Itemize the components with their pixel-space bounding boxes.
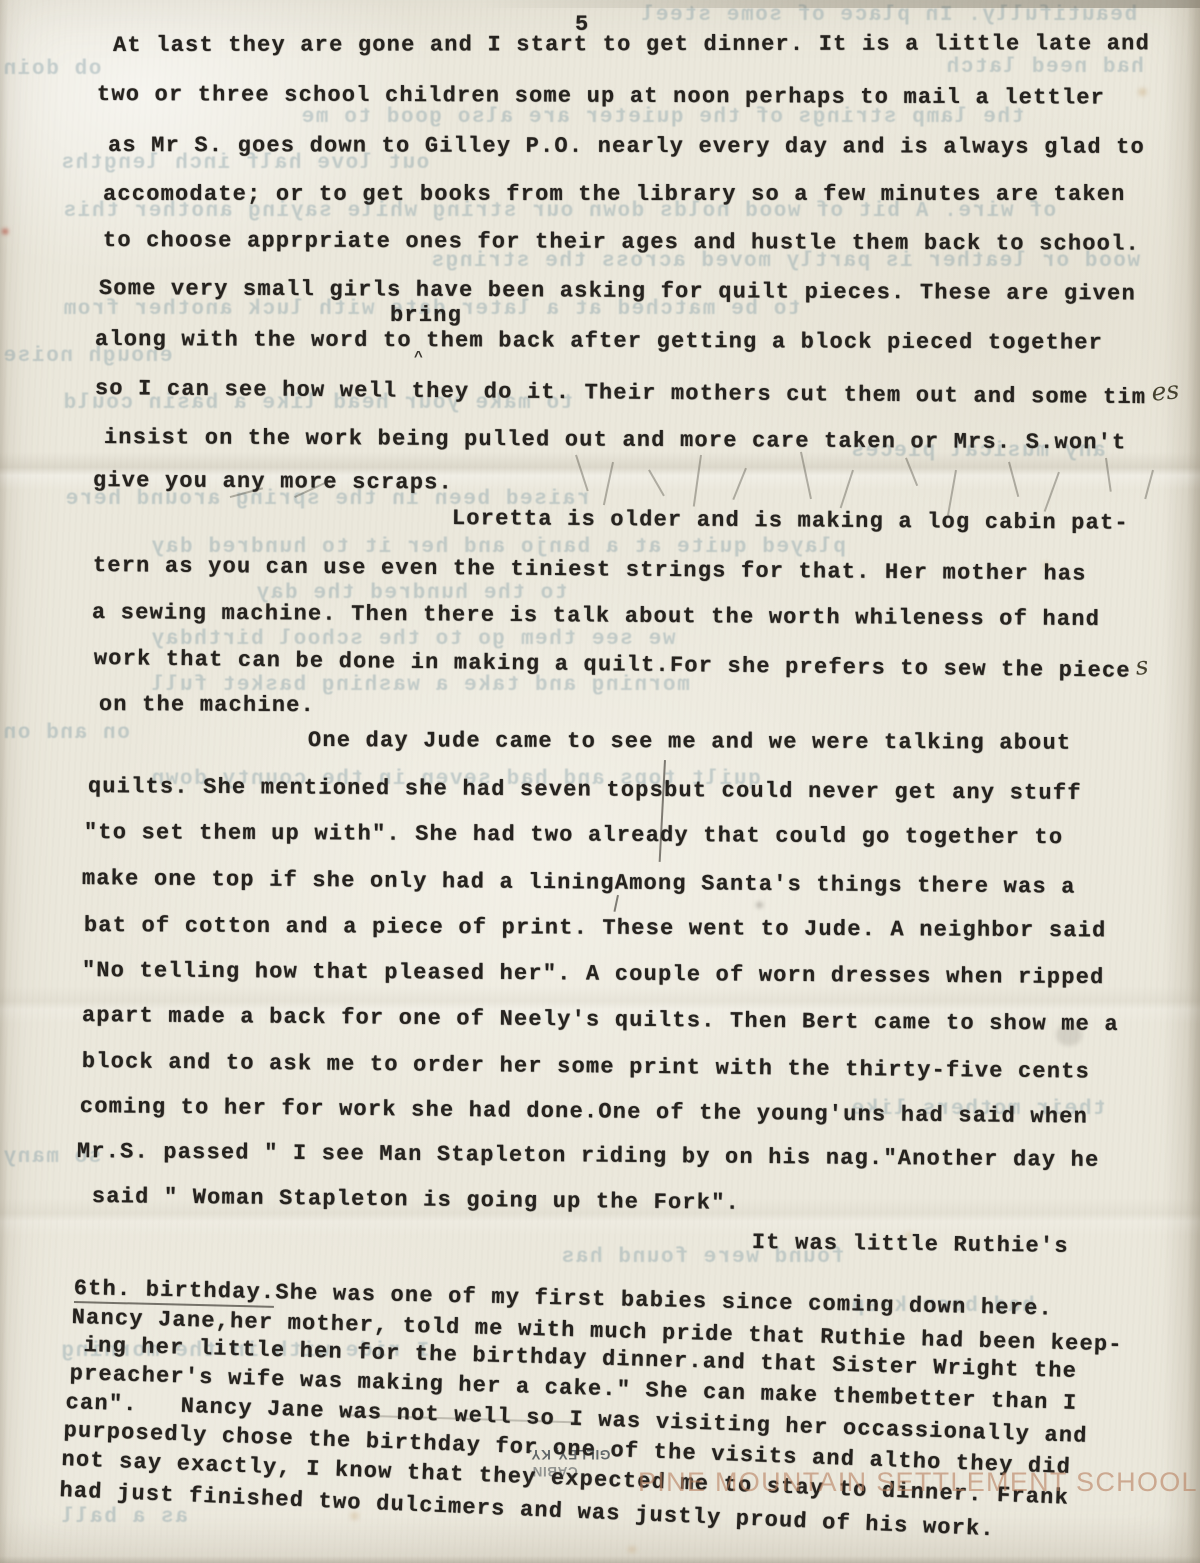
page-edge-bottom (0, 1556, 1200, 1563)
typed-line: "to set them up with". She had two alrea… (84, 820, 1063, 850)
typed-text-layer: 5At last they are gone and I start to ge… (0, 0, 1200, 1563)
typed-line: coming to her for work she had done.One … (80, 1094, 1088, 1130)
handwritten-correction: es (1150, 375, 1181, 407)
typed-line: tern as you can use even the tiniest str… (93, 553, 1087, 587)
page-edge-top (0, 0, 1200, 8)
caret-mark: ^ (414, 349, 424, 366)
typed-line: quilts. She mentioned she had seven tops… (88, 774, 1082, 806)
typed-line: to choose apprpriate ones for their ages… (103, 228, 1140, 257)
typed-line: said " Woman Stapleton is going up the F… (92, 1184, 740, 1216)
archive-watermark: PINE MOUNTAIN SETTLEMENT SCHOOL 2015 (638, 1467, 1200, 1498)
typed-line: apart made a back for one of Neely's qui… (82, 1003, 1119, 1037)
typed-line: bat of cotton and a piece of print. Thes… (84, 913, 1107, 943)
typed-line: as Mr S. goes down to Gilley P.O. nearly… (108, 133, 1145, 160)
typed-line: "No telling how that pleased her". A cou… (82, 958, 1105, 990)
handwritten-correction: s (1134, 651, 1150, 681)
typed-line: along with the word to them back after g… (95, 327, 1103, 356)
typed-line: on the machine. (99, 692, 315, 718)
typed-line: make one top if she only had a liningAmo… (82, 866, 1076, 900)
page-edge-left (0, 0, 8, 1563)
typed-line: a sewing machine. Then there is talk abo… (92, 600, 1100, 632)
typed-line: Mr.S. passed " I see Man Stapleton ridin… (77, 1139, 1100, 1173)
typed-line: two or three school children some up at … (97, 82, 1105, 111)
letter-page: beautifully. In place of some steelhad n… (0, 0, 1200, 1563)
typed-line: block and to ask me to order her some pr… (82, 1049, 1090, 1085)
typed-line: so I can see how well they do it. Their … (95, 376, 1147, 410)
typed-line: accomodate; or to get books from the lib… (103, 182, 1126, 207)
typed-line: One day Jude came to see me and we were … (308, 728, 1071, 756)
typed-line: It was little Ruthie's (752, 1230, 1069, 1259)
typed-line: work that can be done in making a quilt.… (94, 646, 1131, 684)
typed-line: Some very small girls have been asking f… (99, 276, 1136, 306)
typed-line: At last they are gone and I start to get… (113, 31, 1150, 58)
typed-line: give you any more scraps. (93, 468, 453, 496)
inserted-word: bring (390, 303, 462, 328)
typed-line: insist on the work being pulled out and … (104, 425, 1127, 455)
page-edge-right (1187, 0, 1200, 1563)
typed-line: Loretta is older and is making a log cab… (452, 506, 1129, 536)
